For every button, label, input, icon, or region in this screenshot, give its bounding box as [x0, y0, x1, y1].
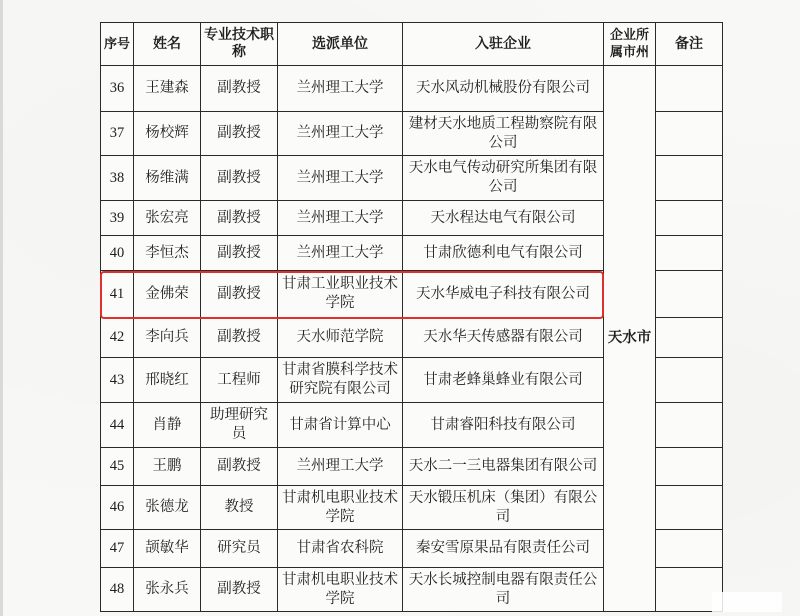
cell-index: 40: [101, 236, 134, 271]
cell-index: 38: [101, 156, 134, 201]
header-row: 序号 姓名 专业技术职称 选派单位 入驻企业 企业所属市州 备注: [101, 23, 723, 66]
cell-index: 42: [101, 318, 134, 358]
expert-assignment-table: 序号 姓名 专业技术职称 选派单位 入驻企业 企业所属市州 备注 36 王建森 …: [100, 22, 723, 612]
cell-company: 秦安雪原果品有限责任公司: [403, 530, 604, 568]
cell-index: 44: [101, 403, 134, 448]
cell-title: 助理研究员: [201, 403, 278, 448]
cell-name: 颉敏华: [134, 530, 201, 568]
cell-name: 金佛荣: [134, 271, 201, 318]
cell-index: 48: [101, 568, 134, 612]
cell-region-merged: 天水市: [604, 66, 656, 612]
cell-title: 教授: [201, 486, 278, 530]
cell-name: 王建森: [134, 66, 201, 112]
cell-notes: [656, 486, 723, 530]
cell-index: 37: [101, 112, 134, 156]
header-notes: 备注: [656, 23, 723, 66]
cell-company: 天水华威电子科技有限公司: [403, 271, 604, 318]
cell-company: 天水华天传感器有限公司: [403, 318, 604, 358]
page-edge-shadow: [0, 0, 3, 616]
cell-title: 工程师: [201, 358, 278, 403]
cell-name: 王鹏: [134, 448, 201, 486]
header-index: 序号: [101, 23, 134, 66]
cell-unit: 兰州理工大学: [278, 156, 403, 201]
cell-name: 邢晓红: [134, 358, 201, 403]
cell-index: 45: [101, 448, 134, 486]
cell-notes: [656, 448, 723, 486]
cell-unit: 甘肃机电职业技术学院: [278, 568, 403, 612]
cell-unit: 甘肃机电职业技术学院: [278, 486, 403, 530]
header-region: 企业所属市州: [604, 23, 656, 66]
cell-unit: 兰州理工大学: [278, 448, 403, 486]
cell-title: 副教授: [201, 66, 278, 112]
cell-unit: 兰州理工大学: [278, 236, 403, 271]
cell-unit: 甘肃省计算中心: [278, 403, 403, 448]
cell-notes: [656, 156, 723, 201]
cell-name: 张宏亮: [134, 201, 201, 236]
cell-title: 副教授: [201, 318, 278, 358]
cell-name: 张德龙: [134, 486, 201, 530]
cell-unit: 甘肃省膜科学技术研究院有限公司: [278, 358, 403, 403]
cell-notes: [656, 358, 723, 403]
cell-company: 天水长城控制电器有限责任公司: [403, 568, 604, 612]
cell-company: 天水锻压机床（集团）有限公司: [403, 486, 604, 530]
cell-name: 李向兵: [134, 318, 201, 358]
cell-index: 41: [101, 271, 134, 318]
cell-unit: 兰州理工大学: [278, 201, 403, 236]
cell-notes: [656, 271, 723, 318]
cell-unit: 兰州理工大学: [278, 112, 403, 156]
cell-company: 甘肃睿阳科技有限公司: [403, 403, 604, 448]
cell-title: 副教授: [201, 568, 278, 612]
header-title: 专业技术职称: [201, 23, 278, 66]
cell-notes: [656, 318, 723, 358]
cell-company: 建材天水地质工程勘察院有限公司: [403, 112, 604, 156]
cell-notes: [656, 201, 723, 236]
cell-name: 杨维满: [134, 156, 201, 201]
cell-unit: 甘肃工业职业技术学院: [278, 271, 403, 318]
cell-title: 副教授: [201, 271, 278, 318]
cell-name: 李恒杰: [134, 236, 201, 271]
cell-title: 副教授: [201, 201, 278, 236]
cell-title: 副教授: [201, 156, 278, 201]
cell-title: 研究员: [201, 530, 278, 568]
cell-notes: [656, 403, 723, 448]
cell-index: 47: [101, 530, 134, 568]
table-row: 36 王建森 副教授 兰州理工大学 天水风动机械股份有限公司 天水市: [101, 66, 723, 112]
cell-title: 副教授: [201, 448, 278, 486]
cell-company: 甘肃欣德利电气有限公司: [403, 236, 604, 271]
cell-index: 39: [101, 201, 134, 236]
header-unit: 选派单位: [278, 23, 403, 66]
cell-notes: [656, 112, 723, 156]
cell-name: 杨校辉: [134, 112, 201, 156]
header-company: 入驻企业: [403, 23, 604, 66]
cell-company: 甘肃老蜂巢蜂业有限公司: [403, 358, 604, 403]
cell-notes: [656, 530, 723, 568]
cell-unit: 天水师范学院: [278, 318, 403, 358]
cell-name: 张永兵: [134, 568, 201, 612]
cell-company: 天水电气传动研究所集团有限公司: [403, 156, 604, 201]
watermark-patch: [712, 592, 782, 612]
cell-unit: 甘肃省农科院: [278, 530, 403, 568]
cell-company: 天水风动机械股份有限公司: [403, 66, 604, 112]
cell-company: 天水程达电气有限公司: [403, 201, 604, 236]
cell-index: 43: [101, 358, 134, 403]
cell-unit: 兰州理工大学: [278, 66, 403, 112]
cell-company: 天水二一三电器集团有限公司: [403, 448, 604, 486]
cell-notes: [656, 236, 723, 271]
cell-name: 肖静: [134, 403, 201, 448]
cell-title: 副教授: [201, 112, 278, 156]
header-name: 姓名: [134, 23, 201, 66]
cell-index: 46: [101, 486, 134, 530]
cell-title: 副教授: [201, 236, 278, 271]
cell-notes: [656, 66, 723, 112]
cell-index: 36: [101, 66, 134, 112]
